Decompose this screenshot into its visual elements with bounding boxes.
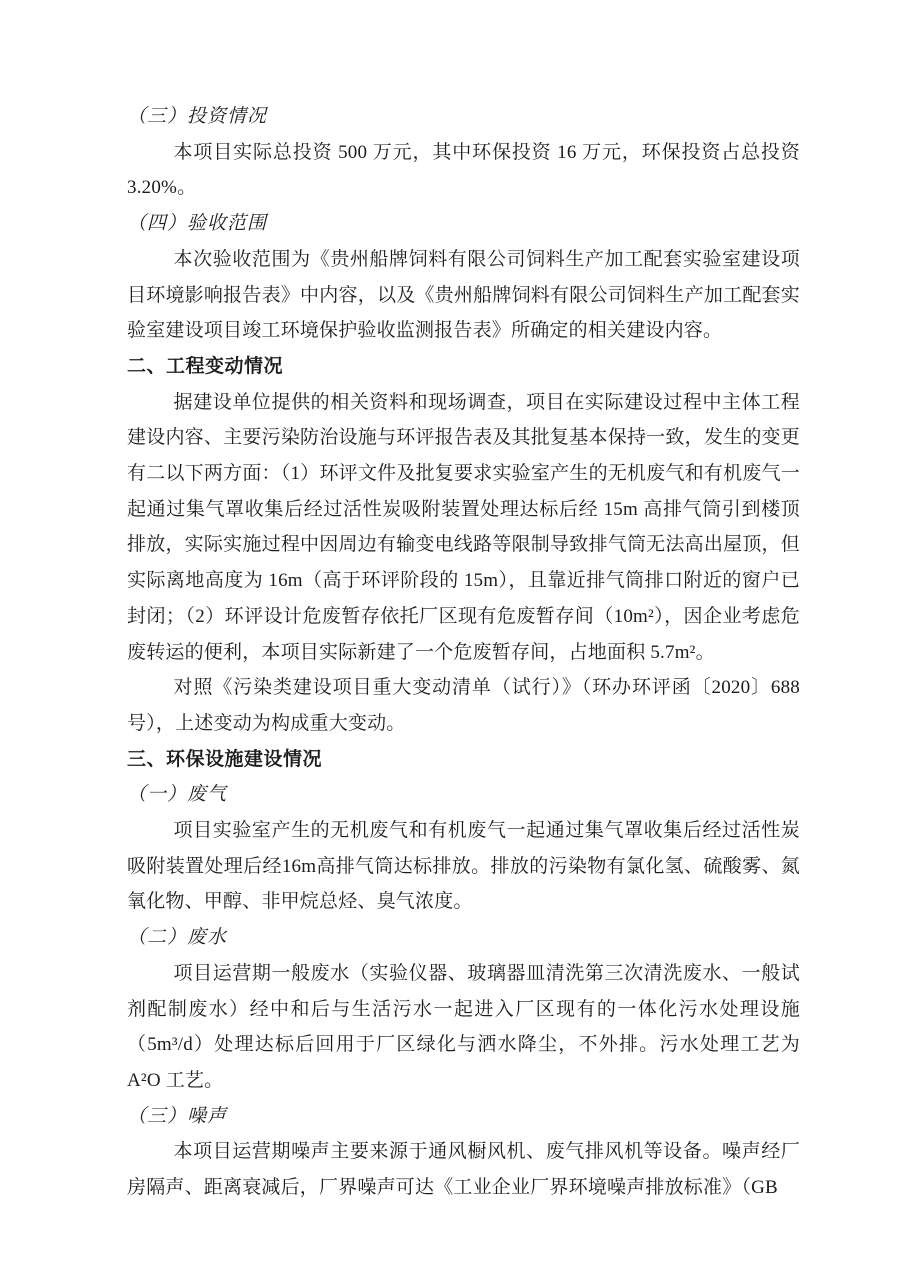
section-heading-project-changes: 二、工程变动情况 <box>127 349 800 385</box>
paragraph-waste-gas: 项目实验室产生的无机废气和有机废气一起通过集气罩收集后经过活性炭吸附装置处理后经… <box>127 813 800 920</box>
subheading-noise: （三）噪声 <box>127 1099 800 1135</box>
page-content: （三）投资情况 本项目实际总投资 500 万元，其中环保投资 16 万元，环保投… <box>127 99 800 1206</box>
subheading-waste-water: （二）废水 <box>127 920 800 956</box>
subheading-investment: （三）投资情况 <box>127 99 800 135</box>
paragraph-project-changes: 据建设单位提供的相关资料和现场调查，项目在实际建设过程中主体工程建设内容、主要污… <box>127 385 800 671</box>
paragraph-waste-water: 项目运营期一般废水（实验仪器、玻璃器皿清洗第三次清洗废水、一般试剂配制废水）经中… <box>127 956 800 1099</box>
section-heading-env-facilities: 三、环保设施建设情况 <box>127 742 800 778</box>
paragraph-change-conclusion: 对照《污染类建设项目重大变动清单（试行）》（环办环评函〔2020〕688号），上… <box>127 670 800 741</box>
paragraph-investment: 本项目实际总投资 500 万元，其中环保投资 16 万元，环保投资占总投资3.2… <box>127 135 800 206</box>
paragraph-noise: 本项目运营期噪声主要来源于通风橱风机、废气排风机等设备。噪声经厂房隔声、距离衰减… <box>127 1134 800 1205</box>
document-page: （三）投资情况 本项目实际总投资 500 万元，其中环保投资 16 万元，环保投… <box>0 0 900 1273</box>
paragraph-acceptance-scope: 本次验收范围为《贵州船牌饲料有限公司饲料生产加工配套实验室建设项目环境影响报告表… <box>127 242 800 349</box>
subheading-acceptance-scope: （四）验收范围 <box>127 206 800 242</box>
subheading-waste-gas: （一）废气 <box>127 777 800 813</box>
